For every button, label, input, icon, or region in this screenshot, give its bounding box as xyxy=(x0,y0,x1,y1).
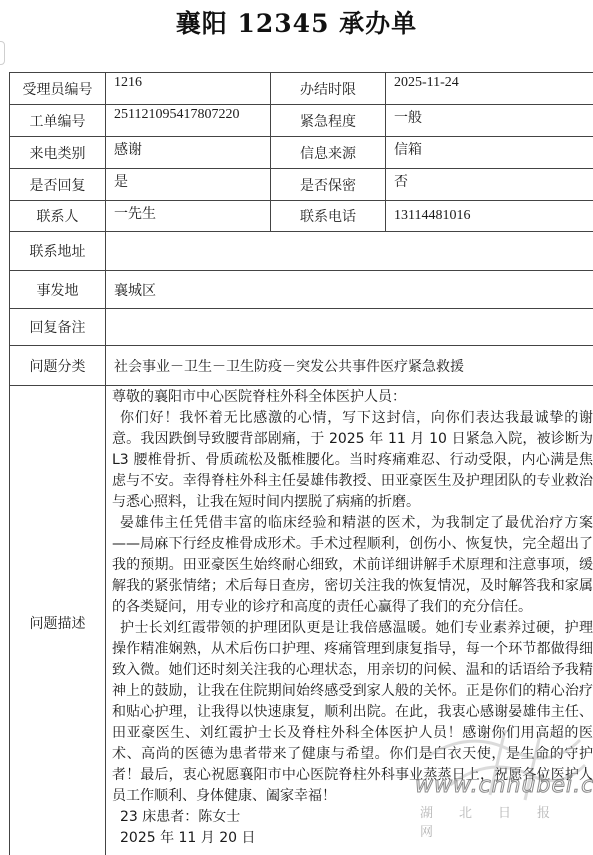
label-call-type: 来电类别 xyxy=(10,137,106,169)
label-info-source: 信息来源 xyxy=(271,137,386,169)
label-description: 问题描述 xyxy=(10,386,106,855)
form-row-operator: 受理员编号 1216 办结时限 2025-11-24 xyxy=(10,73,593,105)
watermark-name: 湖北日报网 xyxy=(420,802,593,840)
value-urgency: 一般 xyxy=(386,105,593,137)
label-order-number: 工单编号 xyxy=(10,105,106,137)
label-need-reply: 是否回复 xyxy=(10,169,106,201)
label-operator-id: 受理员编号 xyxy=(10,73,106,105)
value-category: 社会事业－卫生－卫生防疫－突发公共事件医疗紧急救援 xyxy=(106,346,593,386)
label-phone: 联系电话 xyxy=(271,201,386,232)
label-category: 问题分类 xyxy=(10,346,106,386)
label-urgency: 紧急程度 xyxy=(271,105,386,137)
value-deadline: 2025-11-24 xyxy=(386,73,593,105)
form-row-category: 问题分类 社会事业－卫生－卫生防疫－突发公共事件医疗紧急救援 xyxy=(10,346,593,386)
value-location: 襄城区 xyxy=(106,271,593,309)
page-title: 襄阳 12345 承办单 xyxy=(0,4,593,40)
form-row-location: 事发地 襄城区 xyxy=(10,271,593,309)
form-row-order-number: 工单编号 251121095417807220 紧急程度 一般 xyxy=(10,105,593,137)
form-row-contact: 联系人 一先生 联系电话 13114481016 xyxy=(10,201,593,232)
value-info-source: 信箱 xyxy=(386,137,593,169)
work-order-form: 受理员编号 1216 办结时限 2025-11-24 工单编号 25112109… xyxy=(9,72,593,855)
value-operator-id: 1216 xyxy=(106,73,271,105)
watermark-url: www.cnhubei.com xyxy=(415,773,593,798)
value-call-type: 感谢 xyxy=(106,137,271,169)
label-deadline: 办结时限 xyxy=(271,73,386,105)
value-reply-note xyxy=(106,309,593,346)
label-contact: 联系人 xyxy=(10,201,106,232)
label-reply-note: 回复备注 xyxy=(10,309,106,346)
form-row-reply-note: 回复备注 xyxy=(10,309,593,346)
label-address: 联系地址 xyxy=(10,232,106,271)
label-confidential: 是否保密 xyxy=(271,169,386,201)
form-row-call-type: 来电类别 感谢 信息来源 信箱 xyxy=(10,137,593,169)
letter-paragraph: 你们好！我怀着无比感激的心情，写下这封信，向你们表达我最诚挚的谢意。我因跌倒导致… xyxy=(112,408,593,513)
value-order-number: 251121095417807220 xyxy=(106,105,271,137)
side-panel-handle[interactable] xyxy=(0,41,5,65)
form-row-reply: 是否回复 是 是否保密 否 xyxy=(10,169,593,201)
value-address xyxy=(106,232,593,271)
value-confidential: 否 xyxy=(386,169,593,201)
value-contact: 一先生 xyxy=(106,201,271,232)
label-location: 事发地 xyxy=(10,271,106,309)
value-need-reply: 是 xyxy=(106,169,271,201)
value-phone: 13114481016 xyxy=(386,201,593,232)
form-row-address: 联系地址 xyxy=(10,232,593,271)
letter-paragraph: 晏雄伟主任凭借丰富的临床经验和精湛的医术，为我制定了最优治疗方案——局麻下行经皮… xyxy=(112,513,593,618)
letter-salutation: 尊敬的襄阳市中心医院脊柱外科全体医护人员： xyxy=(112,387,593,408)
